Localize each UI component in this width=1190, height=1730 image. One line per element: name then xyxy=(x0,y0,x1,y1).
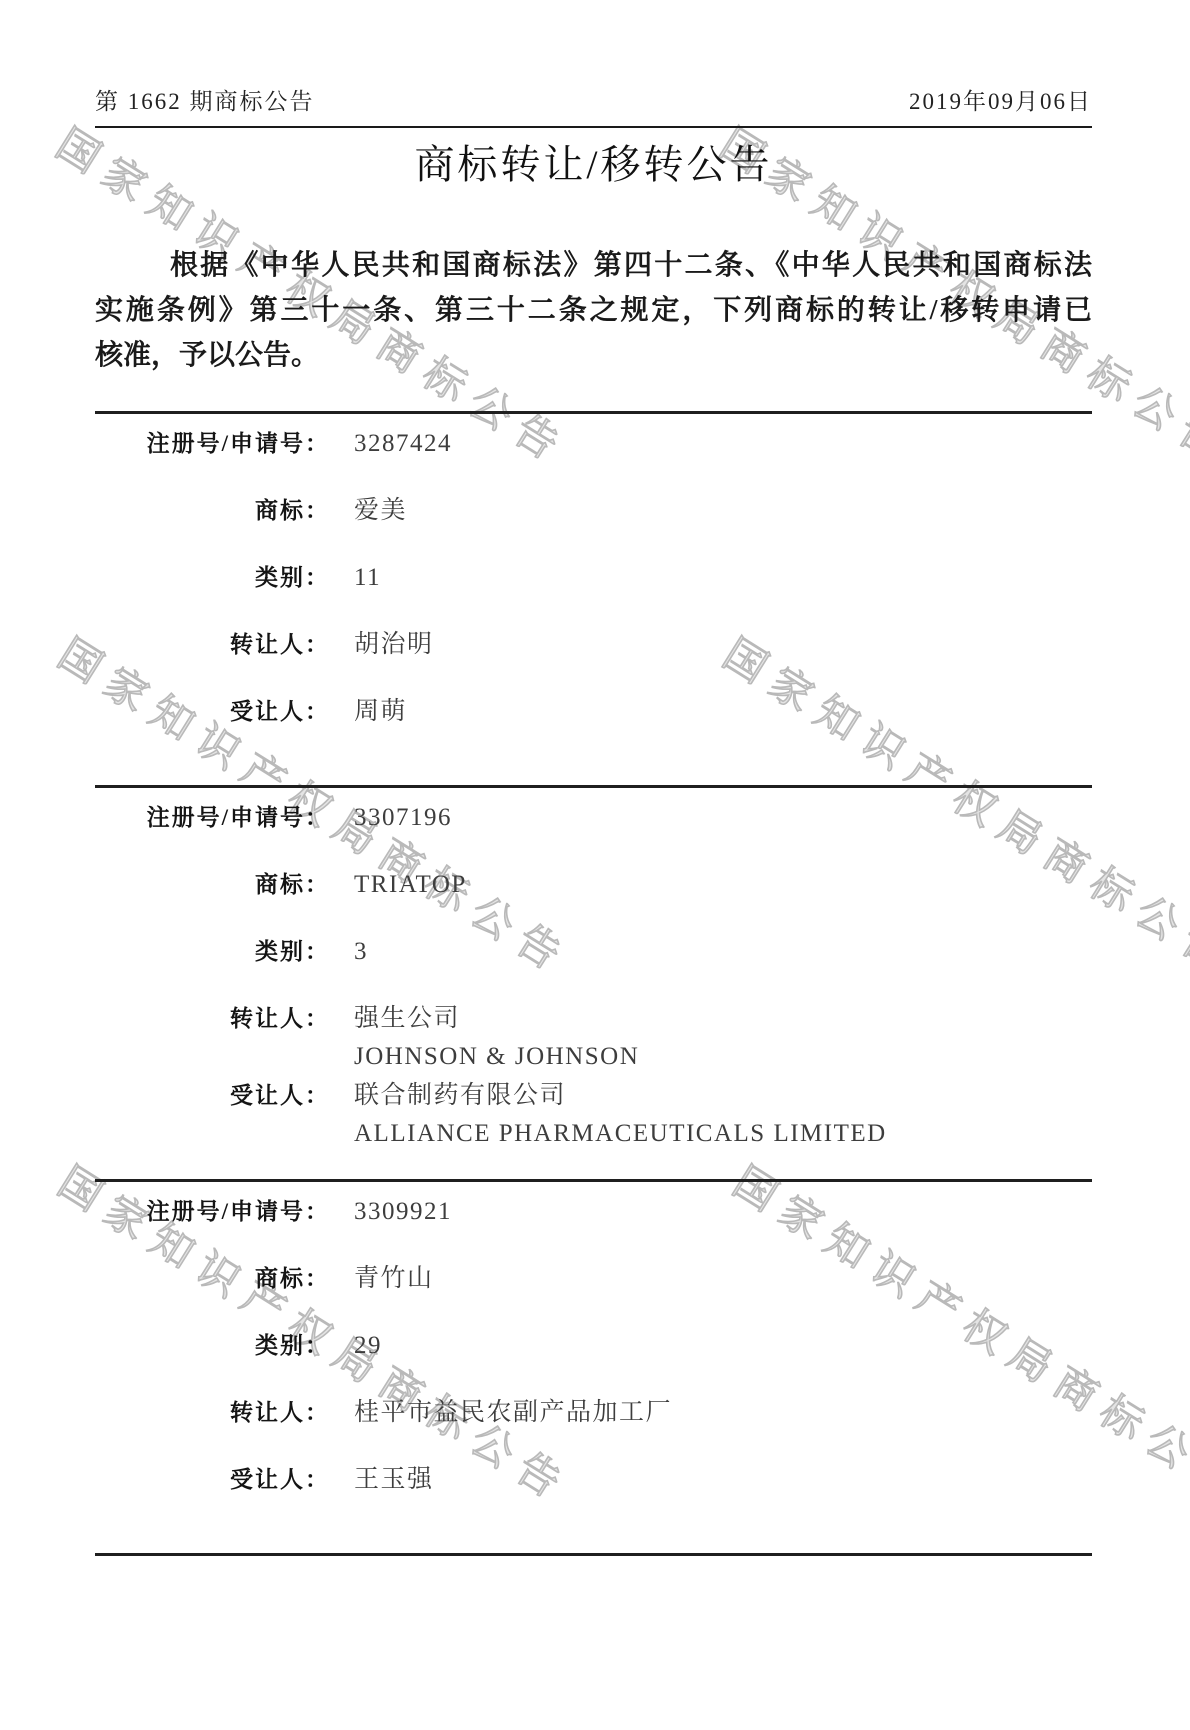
field-label: 转让人： xyxy=(95,630,330,660)
intro-line: 实施条例》第三十一条、第三十二条之规定，下列商标的转让/移转申请已 xyxy=(95,288,1092,333)
field-row-assignor: 转让人： 强生公司 JOHNSON & JOHNSON xyxy=(95,1004,1092,1072)
field-row-regno: 注册号/申请号： 3287424 xyxy=(95,429,1092,459)
field-value-trademark: TRIATOP xyxy=(354,870,467,900)
field-label: 类别： xyxy=(95,937,330,967)
field-row-category: 类别： 11 xyxy=(95,563,1092,593)
field-value-trademark: 青竹山 xyxy=(354,1264,434,1294)
header-divider xyxy=(95,126,1092,128)
field-label: 注册号/申请号： xyxy=(95,803,330,833)
field-value-assignor: 强生公司 JOHNSON & JOHNSON xyxy=(354,1004,639,1072)
field-value-trademark: 爱美 xyxy=(354,496,407,526)
field-row-assignor: 转让人： 胡治明 xyxy=(95,630,1092,660)
gazette-date: 2019年09月06日 xyxy=(909,88,1092,116)
field-row-assignee: 受让人： 周萌 xyxy=(95,697,1092,727)
field-row-category: 类别： 29 xyxy=(95,1331,1092,1361)
field-value-assignee: 王玉强 xyxy=(354,1465,434,1495)
field-row-trademark: 商标： TRIATOP xyxy=(95,870,1092,900)
field-row-assignee: 受让人： 联合制药有限公司 ALLIANCE PHARMACEUTICALS L… xyxy=(95,1081,1092,1149)
field-row-trademark: 商标： 青竹山 xyxy=(95,1264,1092,1294)
field-row-trademark: 商标： 爱美 xyxy=(95,496,1092,526)
field-value-assignee: 联合制药有限公司 ALLIANCE PHARMACEUTICALS LIMITE… xyxy=(354,1081,887,1149)
records-list: 注册号/申请号： 3287424 商标： 爱美 类别： 11 转让人： 胡治明 … xyxy=(95,411,1092,1556)
field-value-assignee: 周萌 xyxy=(354,697,407,727)
field-value-regno: 3287424 xyxy=(354,429,452,459)
field-label: 商标： xyxy=(95,870,330,900)
field-value-assignor: 桂平市益民农副产品加工厂 xyxy=(354,1398,672,1428)
field-value-regno: 3307196 xyxy=(354,803,452,833)
field-label: 受让人： xyxy=(95,697,330,727)
trademark-record: 注册号/申请号： 3309921 商标： 青竹山 类别： 29 转让人： 桂平市… xyxy=(95,1179,1092,1553)
field-label: 注册号/申请号： xyxy=(95,429,330,459)
assignor-name-en: JOHNSON & JOHNSON xyxy=(354,1042,639,1072)
assignor-name-cn: 强生公司 xyxy=(354,1004,639,1034)
field-row-regno: 注册号/申请号： 3307196 xyxy=(95,803,1092,833)
field-row-assignee: 受让人： 王玉强 xyxy=(95,1465,1092,1495)
gazette-page: 第 1662 期商标公告 2019年09月06日 商标转让/移转公告 根据《中华… xyxy=(95,0,1092,1556)
assignee-name-en: ALLIANCE PHARMACEUTICALS LIMITED xyxy=(354,1119,887,1149)
page-title: 商标转让/移转公告 xyxy=(95,141,1092,189)
field-label: 商标： xyxy=(95,496,330,526)
field-value-category: 11 xyxy=(354,563,381,593)
field-row-category: 类别： 3 xyxy=(95,937,1092,967)
trademark-record: 注册号/申请号： 3287424 商标： 爱美 类别： 11 转让人： 胡治明 … xyxy=(95,411,1092,785)
field-row-assignor: 转让人： 桂平市益民农副产品加工厂 xyxy=(95,1398,1092,1428)
section-divider xyxy=(95,1553,1092,1556)
field-label: 类别： xyxy=(95,1331,330,1361)
field-row-regno: 注册号/申请号： 3309921 xyxy=(95,1197,1092,1227)
field-label: 转让人： xyxy=(95,1004,330,1072)
gazette-issue-label: 第 1662 期商标公告 xyxy=(95,88,315,116)
field-value-category: 29 xyxy=(354,1331,382,1361)
intro-line: 核准，予以公告。 xyxy=(95,333,1092,378)
trademark-record: 注册号/申请号： 3307196 商标： TRIATOP 类别： 3 转让人： … xyxy=(95,785,1092,1179)
intro-line: 根据《中华人民共和国商标法》第四十二条、《中华人民共和国商标法 xyxy=(95,243,1092,288)
field-label: 转让人： xyxy=(95,1398,330,1428)
page-header: 第 1662 期商标公告 2019年09月06日 xyxy=(95,88,1092,116)
field-value-assignor: 胡治明 xyxy=(354,630,434,660)
field-label: 类别： xyxy=(95,563,330,593)
assignee-name-cn: 联合制药有限公司 xyxy=(354,1081,887,1111)
field-value-regno: 3309921 xyxy=(354,1197,452,1227)
intro-paragraph: 根据《中华人民共和国商标法》第四十二条、《中华人民共和国商标法 实施条例》第三十… xyxy=(95,243,1092,378)
field-label: 受让人： xyxy=(95,1465,330,1495)
field-label: 商标： xyxy=(95,1264,330,1294)
field-label: 受让人： xyxy=(95,1081,330,1149)
field-label: 注册号/申请号： xyxy=(95,1197,330,1227)
field-value-category: 3 xyxy=(354,937,368,967)
